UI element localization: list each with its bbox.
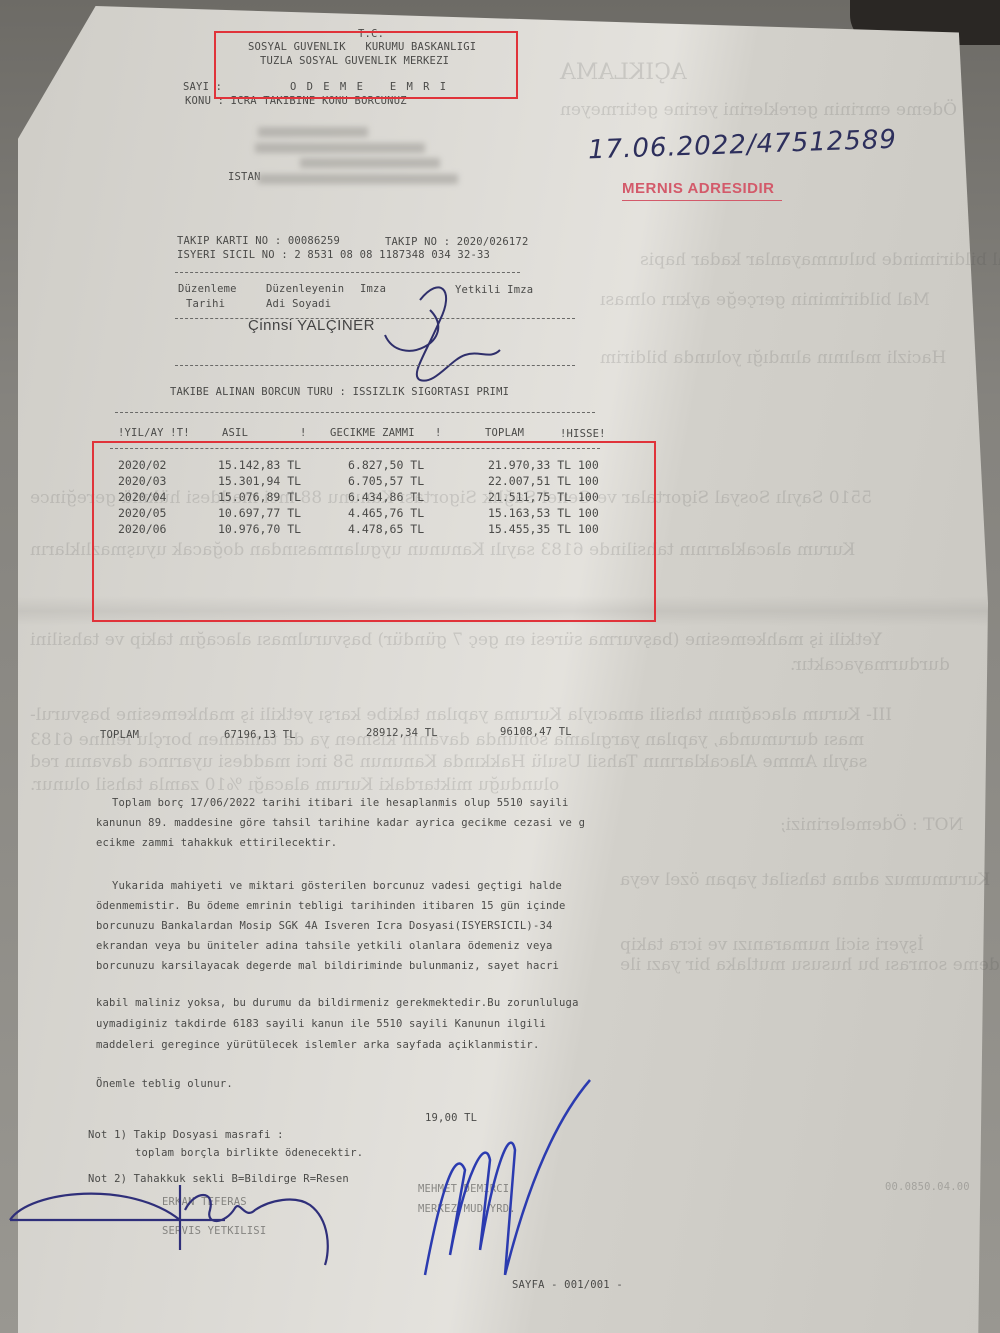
stamp-underline: [622, 200, 782, 201]
bleed-text: Ödeme sonrası bu hususu mutlaka bir yazı…: [620, 955, 1000, 975]
body-p2-line: Yukarida mahiyeti ve miktari gösterilen …: [112, 880, 562, 892]
redacted-address: [258, 127, 368, 137]
right-signature: [410, 1075, 610, 1305]
body-p2-line: ekrandan veya bu üniteler adina tahsile …: [96, 940, 553, 952]
col-sep: !: [300, 427, 307, 439]
bleed-text: olunduğu miktardaki Kurum alacağı %10 za…: [30, 775, 559, 795]
bleed-text: durdurmayacaktır.: [790, 655, 950, 675]
bleed-text: İşyeri sicil numaranızı ve icra takip: [620, 935, 924, 955]
col-hisse: !HISSE!: [560, 428, 606, 440]
body-p2-line: Önemle teblig olunur.: [96, 1078, 233, 1090]
sig-header-tarihi: Tarihi: [186, 298, 225, 310]
authorized-signature: [380, 280, 520, 390]
col-asil: ASIL: [222, 427, 248, 439]
redacted-address: [255, 143, 425, 153]
divider: [175, 365, 575, 366]
bleed-text: Kurumumuz adına tahsilat yapan özel veya: [620, 870, 990, 890]
body-p1-line: ecikme zammi tahakkuk ettirilecektir.: [96, 837, 337, 849]
bleed-text: Ödeme emrinin gereklerini yerine getirme…: [560, 100, 957, 120]
highlight-header-box: [214, 31, 518, 99]
bleed-text: NOT : Ödemelerinizi;: [780, 815, 963, 835]
takip-no: TAKIP NO : 2020/026172: [385, 236, 528, 248]
bleed-text: Mal bildiriminin gerçeğe aykırı olması: [600, 290, 930, 310]
sig-header-duzenleme: Düzenleme: [178, 283, 237, 295]
total-label: TOPLAM: [100, 729, 139, 741]
body-p1-line: Toplam borç 17/06/2022 tarihi itibari il…: [112, 797, 569, 809]
body-p2-line: borcunuzu Bankalardan Mosip SGK 4A Isver…: [96, 920, 553, 932]
bleed-text: AÇIKLAMA: [560, 60, 687, 85]
bleed-text: Hacizli malının alındığı yolunda bildiri…: [600, 348, 946, 368]
body-p2-line: uymadiginiz takdirde 6183 sayili kanun i…: [96, 1018, 546, 1030]
bleed-text: ması durumunda, yapılan yargılama sonund…: [30, 730, 864, 750]
body-p2-line: ödenmemistir. Bu ödeme emrinin tebligi t…: [96, 900, 566, 912]
total-toplam: 96108,47 TL: [500, 726, 572, 738]
isyeri-sicil-no: ISYERI SICIL NO : 2 8531 08 08 1187348 0…: [177, 249, 490, 261]
left-signature: [10, 1180, 350, 1270]
highlight-debt-table: [92, 441, 656, 622]
body-p1-line: kanunun 89. maddesine göre tahsil tarihi…: [96, 817, 585, 829]
total-gecikme: 28912,34 TL: [366, 727, 438, 739]
bleed-text: sayılı Amme Alacaklarının Tahsil Usulü H…: [30, 752, 867, 772]
redacted-address: [300, 158, 440, 168]
sig-header-adi-soyadi: Adi Soyadi: [266, 298, 331, 310]
col-yil-ay: !YIL/AY !T!: [118, 427, 190, 439]
divider: [175, 272, 520, 273]
faint-reference-number: 00.0850.04.00: [885, 1181, 970, 1193]
note-1: Not 1) Takip Dosyasi masrafi :: [88, 1129, 284, 1141]
divider: [115, 412, 595, 413]
bleed-text: Yetkili iş mahkemesine (başvurma süresi …: [30, 630, 882, 650]
col-sep: !: [435, 427, 442, 439]
redacted-address: [258, 174, 458, 184]
takip-karti-no: TAKIP KARTI NO : 00086259: [177, 235, 340, 247]
body-p2-line: kabil maliniz yoksa, bu durumu da bildir…: [96, 997, 579, 1009]
body-p2-line: maddeleri geregince yürütülecek islemler…: [96, 1039, 539, 1051]
issuer-name-stamp: Çinnsi YALÇINER: [248, 317, 375, 334]
col-gecikme-zammi: GECIKME ZAMMI: [330, 427, 415, 439]
note-1-continued: toplam borçla birlikte ödenecektir.: [135, 1147, 363, 1159]
page-number: SAYFA - 001/001 -: [512, 1279, 623, 1291]
col-toplam: TOPLAM: [485, 427, 524, 439]
total-asil: 67196,13 TL: [224, 729, 296, 741]
address-city: ISTAN: [228, 171, 261, 183]
bleed-text: III- Kurum alacağının tahsili amacıyla K…: [30, 705, 892, 725]
sig-header-duzenleyenin: Düzenleyenin: [266, 283, 344, 295]
mernis-address-stamp: MERNIS ADRESIDIR: [622, 180, 774, 197]
bleed-text: Mal bildiriminde bulunmayanlar kadar hap…: [640, 250, 1000, 270]
debt-type: TAKIBE ALINAN BORCUN TURU : ISSIZLIK SIG…: [170, 386, 509, 398]
body-p2-line: borcunuzu karsilayacak degerde mal bildi…: [96, 960, 559, 972]
